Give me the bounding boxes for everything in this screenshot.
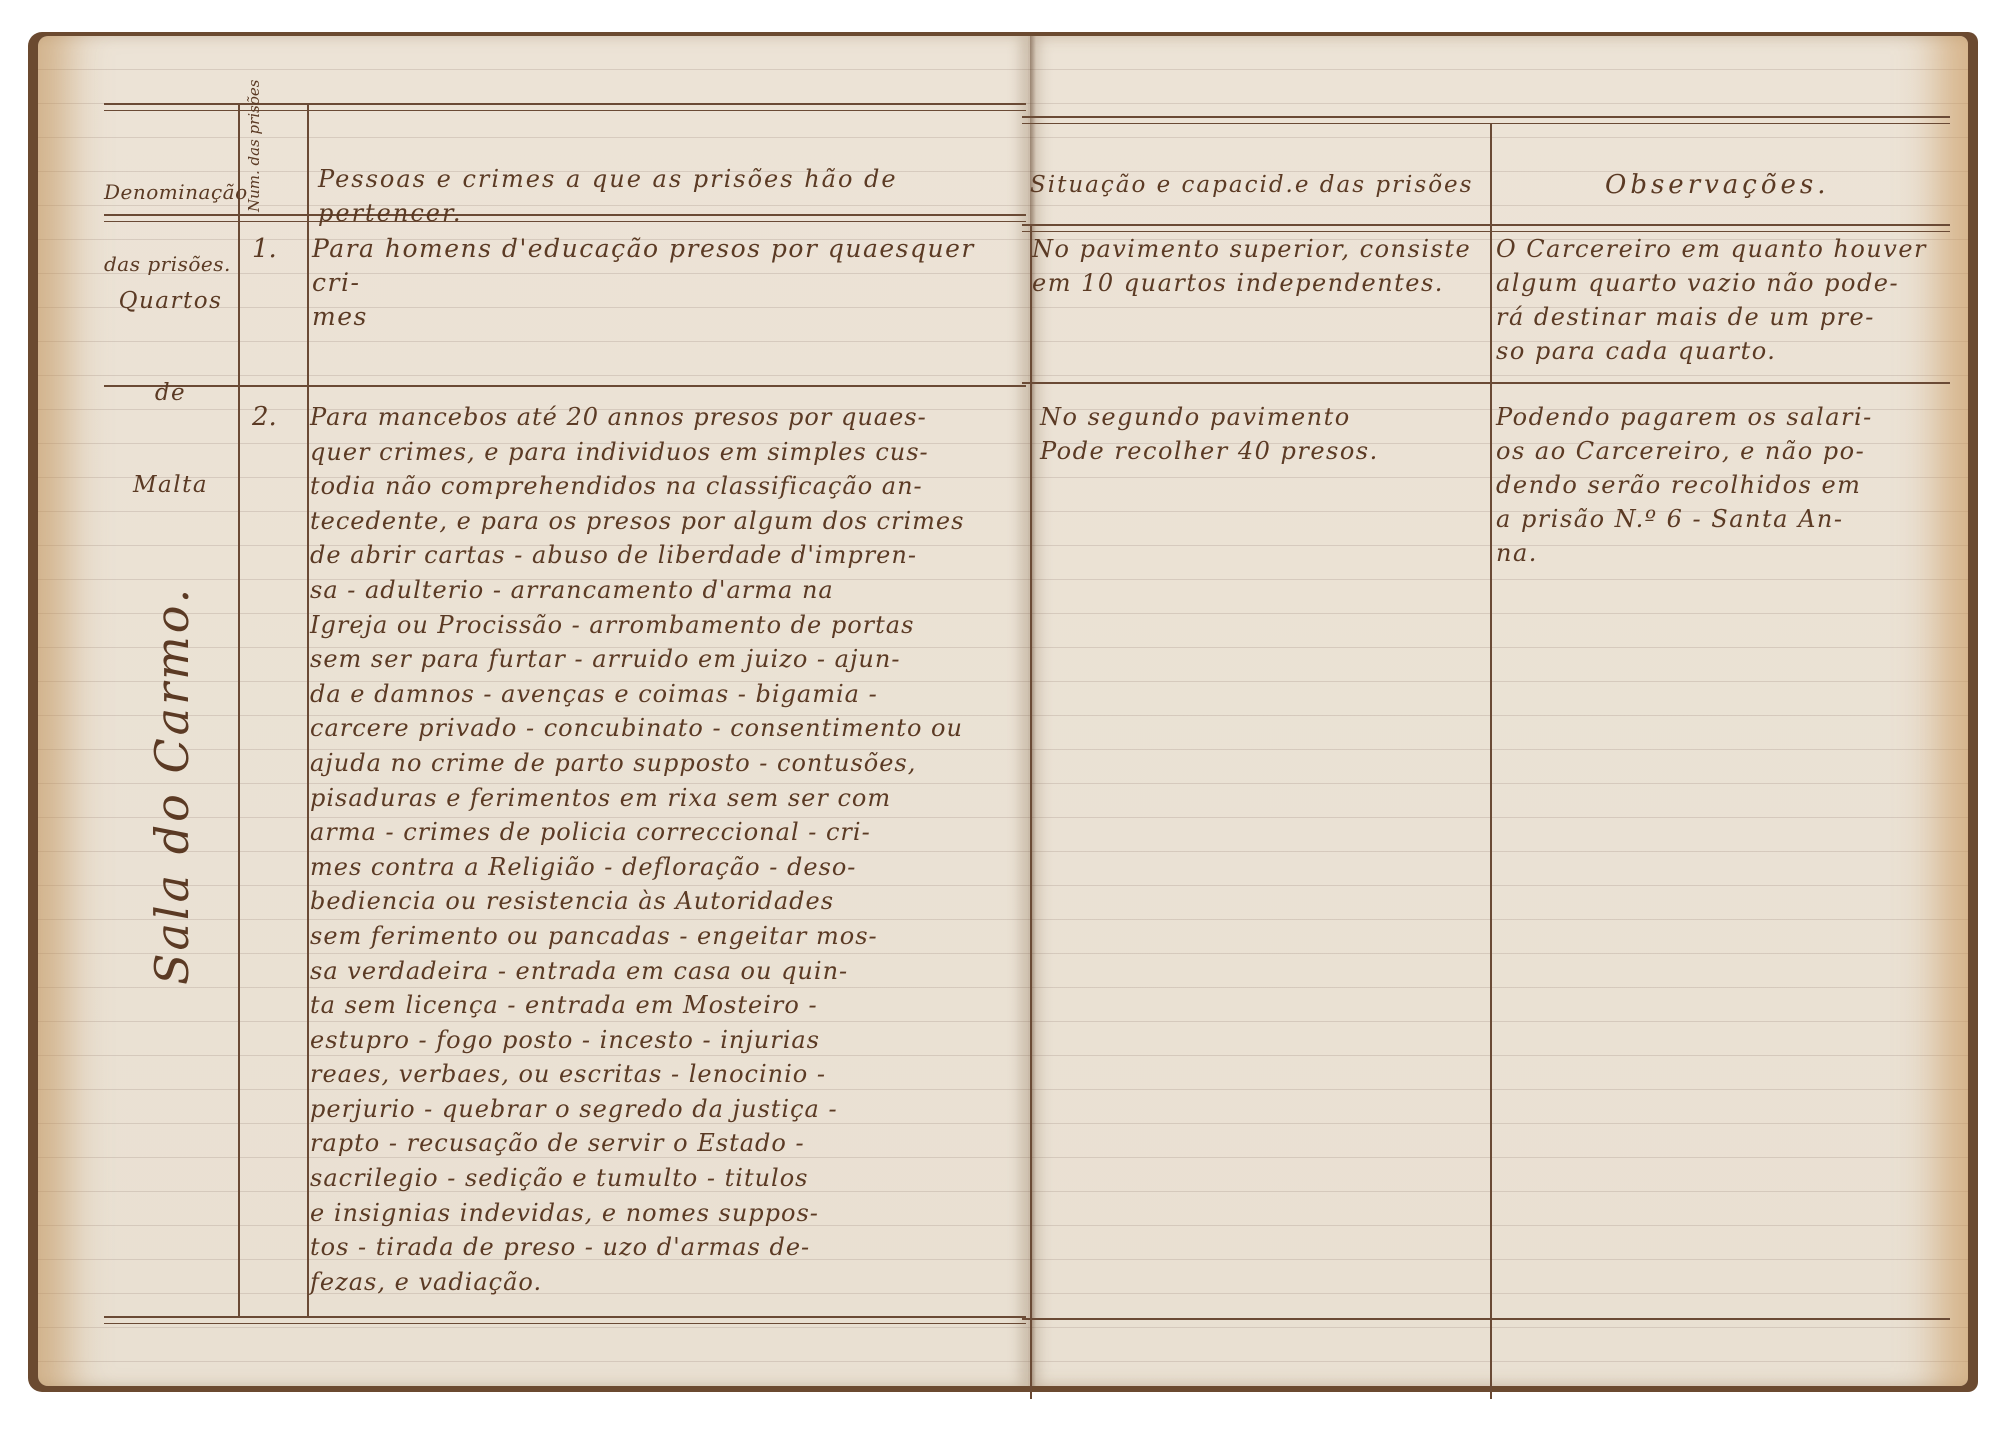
header-pessoas-crimes: Pessoas e crimes a que as prisões hão de… <box>318 162 1018 230</box>
row1-name-line1: Quartos <box>119 288 223 314</box>
row1-persons-crimes: Para homens d'educação presos por quaesq… <box>312 232 1022 334</box>
table-bottom-rule <box>104 1316 1026 1324</box>
row1-number: 1. <box>252 234 277 264</box>
header-situacao-capacidade: Situação e capacid.e das prisões <box>1030 168 1490 202</box>
header-bottom-rule-right <box>1022 224 1950 232</box>
row2-number: 2. <box>252 402 277 432</box>
header-numero: Num. das prisões <box>244 102 264 212</box>
row2-persons-crimes: Para mancebos até 20 annos presos por qu… <box>310 400 1022 1299</box>
row1-bottom-rule <box>104 385 1026 387</box>
row2-name-vertical: Sala do Carmo. <box>145 586 199 985</box>
header-observacoes: Observações. <box>1605 168 1905 202</box>
row1-situation-capacity: No pavimento superior, consiste em 10 qu… <box>1032 232 1492 300</box>
row2-situation-capacity: No segundo pavimento Pode recolher 40 pr… <box>1040 400 1490 468</box>
row1-name: Quartos de Malta <box>108 232 233 508</box>
column-divider-situation-left <box>1030 224 1032 1399</box>
row1-name-line3: Malta <box>133 472 208 498</box>
header-denominacao-line1: Denominação <box>104 180 248 204</box>
header-top-rule <box>104 103 1026 111</box>
row1-bottom-rule-right <box>1022 382 1950 384</box>
row1-name-line2: de <box>155 380 186 406</box>
table-bottom-rule-right <box>1022 1318 1950 1320</box>
column-divider-observations <box>1490 124 1492 1399</box>
column-divider-name <box>238 103 240 1318</box>
row1-observations: O Carcereiro em quanto houver algum quar… <box>1496 232 1946 368</box>
column-divider-number <box>307 103 309 1318</box>
row2-observations: Podendo pagarem os salari- os ao Carcere… <box>1496 400 1946 570</box>
header-top-rule-right <box>1022 116 1950 124</box>
